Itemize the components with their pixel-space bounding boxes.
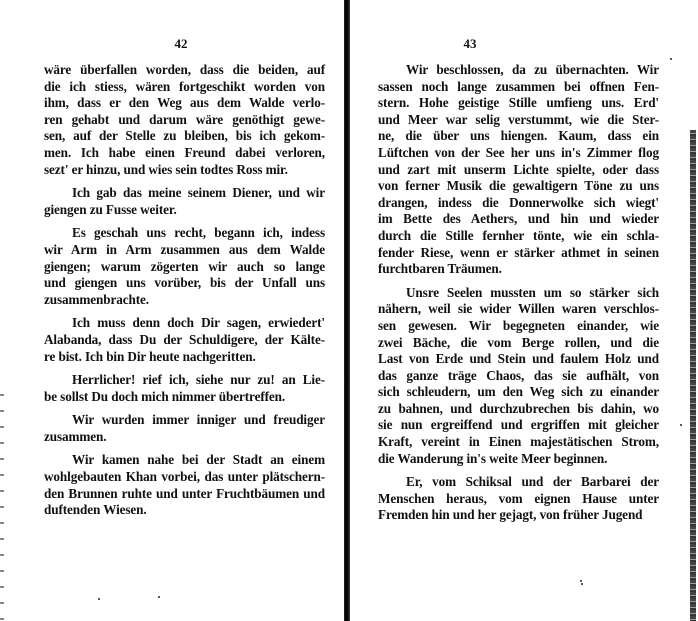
text-line: durch die Stille fernher tönte, wie ein … (378, 228, 659, 245)
scan-speck (158, 596, 160, 598)
text-line: re bist. Ich bin Dir heute nachgeritten. (44, 349, 325, 366)
text-line: und Meer war selig verstummt, wie die St… (378, 112, 659, 129)
text-line: Fremden hin und her gejagt, von früher J… (378, 507, 659, 524)
right-page: 43 Wir beschlossen, da zu übernachten. W… (350, 0, 698, 621)
text-line: sassen noch lange zusammen bei offnen Fe… (378, 79, 659, 96)
text-line: wohlgebauten Khan vorbei, das unter plät… (44, 469, 325, 486)
text-line: den Brunnen ruhte und unter Fruchtbäumen… (44, 486, 325, 503)
page-edge-shadow (690, 130, 696, 621)
text-line: Kraft, vereint in Einen majestätischen S… (378, 434, 659, 451)
paragraph: Es geschah uns recht, begann ich, indess… (44, 225, 325, 308)
text-line: Last von Erde und Stein und faulem Holz … (378, 351, 659, 368)
paragraph: Herrlicher! rief ich, siehe nur zu! an L… (44, 372, 325, 405)
text-line: ne, die über uns hiengen. Kaum, dass ein (378, 128, 659, 145)
page-number: 42 (161, 36, 201, 52)
page-text: wäre überfallen worden, dass die beiden,… (44, 62, 325, 526)
paragraph: Ich muss denn doch Dir sagen, erwiedert'… (44, 315, 325, 365)
text-line: wäre überfallen worden, dass die beiden,… (44, 62, 325, 79)
text-line: ren gehabt und darum wäre genöthigt gewe… (44, 112, 325, 129)
text-line: fender Riese, wenn er stärker athmet in … (378, 245, 659, 262)
text-line: sen, auf der Stelle zu bleiben, bis ich … (44, 128, 325, 145)
text-line: und giengen uns vorüber, bis der Unfall … (44, 275, 325, 292)
text-line: duftenden Wiesen. (44, 502, 325, 519)
paragraph: Er, vom Schiksal und der Barbarei derMen… (378, 474, 659, 524)
text-line: Ich gab das meine seinem Diener, und wir (44, 185, 325, 202)
paragraph: Unsre Seelen mussten um so stärker sichn… (378, 285, 659, 468)
text-line: giengen; warum zögerten wir auch so lang… (44, 259, 325, 276)
text-line: von ferner Musik die gewaltigern Töne zu… (378, 178, 659, 195)
text-line: wir Arm in Arm zusammen aus dem Walde (44, 242, 325, 259)
text-line: be sollst Du doch mich nimmer übertreffe… (44, 389, 325, 406)
text-line: Wir beschlossen, da zu übernachten. Wir (378, 62, 659, 79)
paragraph: Wir wurden immer inniger und freudigerzu… (44, 412, 325, 445)
scan-speck (670, 58, 672, 60)
text-line: nähern, weil sie wider Willen waren vers… (378, 301, 659, 318)
text-line: drangen, indess die Donnerwolke sich wie… (378, 195, 659, 212)
page-edge-specks (0, 380, 4, 621)
text-line: die Wanderung in's weite Meer beginnen. (378, 451, 659, 468)
text-line: Menschen heraus, vom eignen Hause unter (378, 491, 659, 508)
text-line: Alabanda, dass Du der Schuldigere, der K… (44, 332, 325, 349)
left-page: 42 wäre überfallen worden, dass die beid… (0, 0, 346, 621)
paragraph: Ich gab das meine seinem Diener, und wir… (44, 185, 325, 218)
text-line: sich schleudern, um den Weg sich zu eina… (378, 384, 659, 401)
text-line: Wir wurden immer inniger und freudiger (44, 412, 325, 429)
text-line: stern. Hohe geistige Stille umfieng uns.… (378, 95, 659, 112)
text-line: Er, vom Schiksal und der Barbarei der (378, 474, 659, 491)
paragraph: Wir kamen nahe bei der Stadt an einemwoh… (44, 452, 325, 518)
text-line: Herrlicher! rief ich, siehe nur zu! an L… (44, 372, 325, 389)
text-line: das ganze träge Chaos, das sie aufhält, … (378, 368, 659, 385)
scan-speck (98, 598, 100, 600)
text-line: zu bahnen, und durchzubrechen bis dahin,… (378, 401, 659, 418)
text-line: zwei Bäche, die vom Berge rollen, und di… (378, 335, 659, 352)
text-line: Lüftchen von der See her uns in's Zimmer… (378, 145, 659, 162)
paragraph: wäre überfallen worden, dass die beiden,… (44, 62, 325, 178)
text-line: zusammen. (44, 429, 325, 446)
text-line: furchtbaren Träumen. (378, 261, 659, 278)
scan-speck (581, 583, 583, 585)
paragraph: Wir beschlossen, da zu übernachten. Wirs… (378, 62, 659, 278)
text-line: ihm, dass er den Weg aus dem Walde verlo… (44, 95, 325, 112)
page-number: 43 (450, 36, 490, 52)
text-line: im Bette des Aethers, und hin und wieder (378, 211, 659, 228)
text-line: die ich stiess, wären fortgeschikt worde… (44, 79, 325, 96)
text-line: Es geschah uns recht, begann ich, indess (44, 225, 325, 242)
text-line: men. Ich habe einen Freund dabei verlore… (44, 145, 325, 162)
text-line: sen gewesen. Wir begegneten einander, wi… (378, 318, 659, 335)
text-line: Ich muss denn doch Dir sagen, erwiedert' (44, 315, 325, 332)
text-line: giengen zu Fusse weiter. (44, 202, 325, 219)
text-line: Unsre Seelen mussten um so stärker sich (378, 285, 659, 302)
page-text: Wir beschlossen, da zu übernachten. Wirs… (378, 62, 659, 531)
text-line: sie nun ergreiffend und ergriffen mit gl… (378, 417, 659, 434)
scan-speck (680, 424, 682, 426)
scan-speck (580, 580, 582, 582)
text-line: und zart mit unserm Lichte spielte, oder… (378, 162, 659, 179)
text-line: zusammenbrachte. (44, 292, 325, 309)
text-line: Wir kamen nahe bei der Stadt an einem (44, 452, 325, 469)
text-line: sezt' er hinzu, und wies sein todtes Ros… (44, 162, 325, 179)
